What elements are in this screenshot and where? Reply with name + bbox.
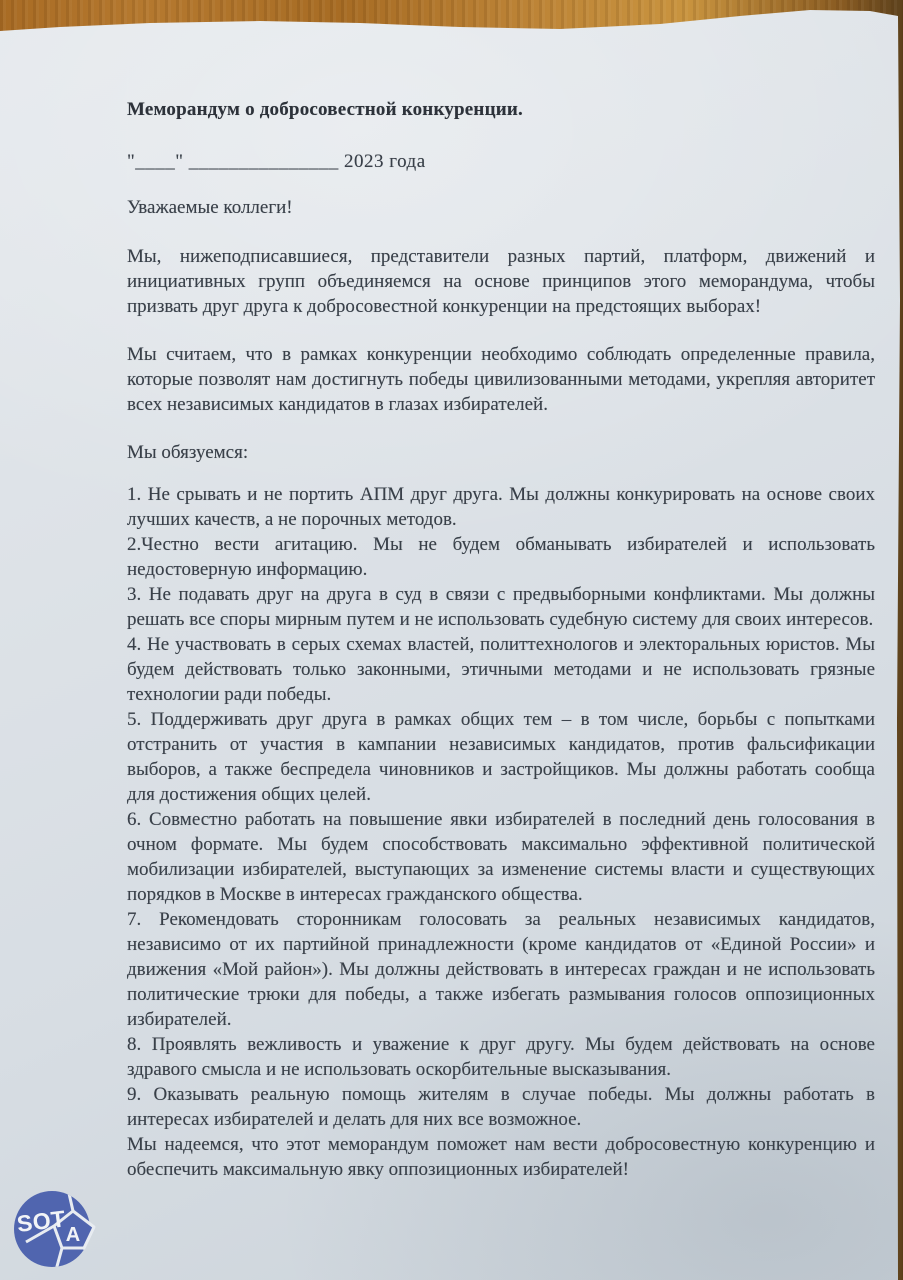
commitment-item-4: 4. Не участвовать в серых схемах властей…	[127, 632, 875, 707]
closing-paragraph: Мы надеемся, что этот меморандум поможет…	[127, 1132, 875, 1182]
salutation: Уважаемые коллеги!	[127, 195, 875, 220]
commitment-item-8: 8. Проявлять вежливость и уважение к дру…	[127, 1032, 875, 1082]
commitment-item-7: 7. Рекомендовать сторонникам голосовать …	[127, 907, 875, 1032]
commitment-item-9: 9. Оказывать реальную помощь жителям в с…	[127, 1082, 875, 1132]
commitment-item-3: 3. Не подавать друг на друга в суд в свя…	[127, 582, 875, 632]
commitment-item-6: 6. Совместно работать на повышение явки …	[127, 807, 875, 907]
sota-logo-letter-a: A	[66, 1224, 80, 1246]
memorandum-text: Меморандум о добросовестной конкуренции.…	[127, 97, 875, 1182]
commitments-heading: Мы обязуемся:	[127, 440, 875, 465]
sota-ball-icon: SOT A	[14, 1189, 112, 1270]
date-blank-line: "____" _______________ 2023 года	[127, 149, 875, 174]
commitment-item-5: 5. Поддерживать друг друга в рамках общи…	[127, 707, 875, 807]
document-title: Меморандум о добросовестной конкуренции.	[127, 97, 875, 122]
commitment-item-1: 1. Не срывать и не портить АПМ друг друг…	[127, 482, 875, 532]
commitment-item-2: 2.Честно вести агитацию. Мы не будем обм…	[127, 532, 875, 582]
sota-watermark-logo: SOT A	[12, 1184, 116, 1274]
intro-paragraph: Мы, нижеподписавшиеся, представители раз…	[127, 244, 875, 319]
document-page: Меморандум о добросовестной конкуренции.…	[0, 0, 903, 1280]
intro-paragraph: Мы считаем, что в рамках конкуренции нео…	[127, 342, 875, 417]
photo-of-document: { "doc": { "title": "Меморандум о доброс…	[0, 0, 903, 1280]
